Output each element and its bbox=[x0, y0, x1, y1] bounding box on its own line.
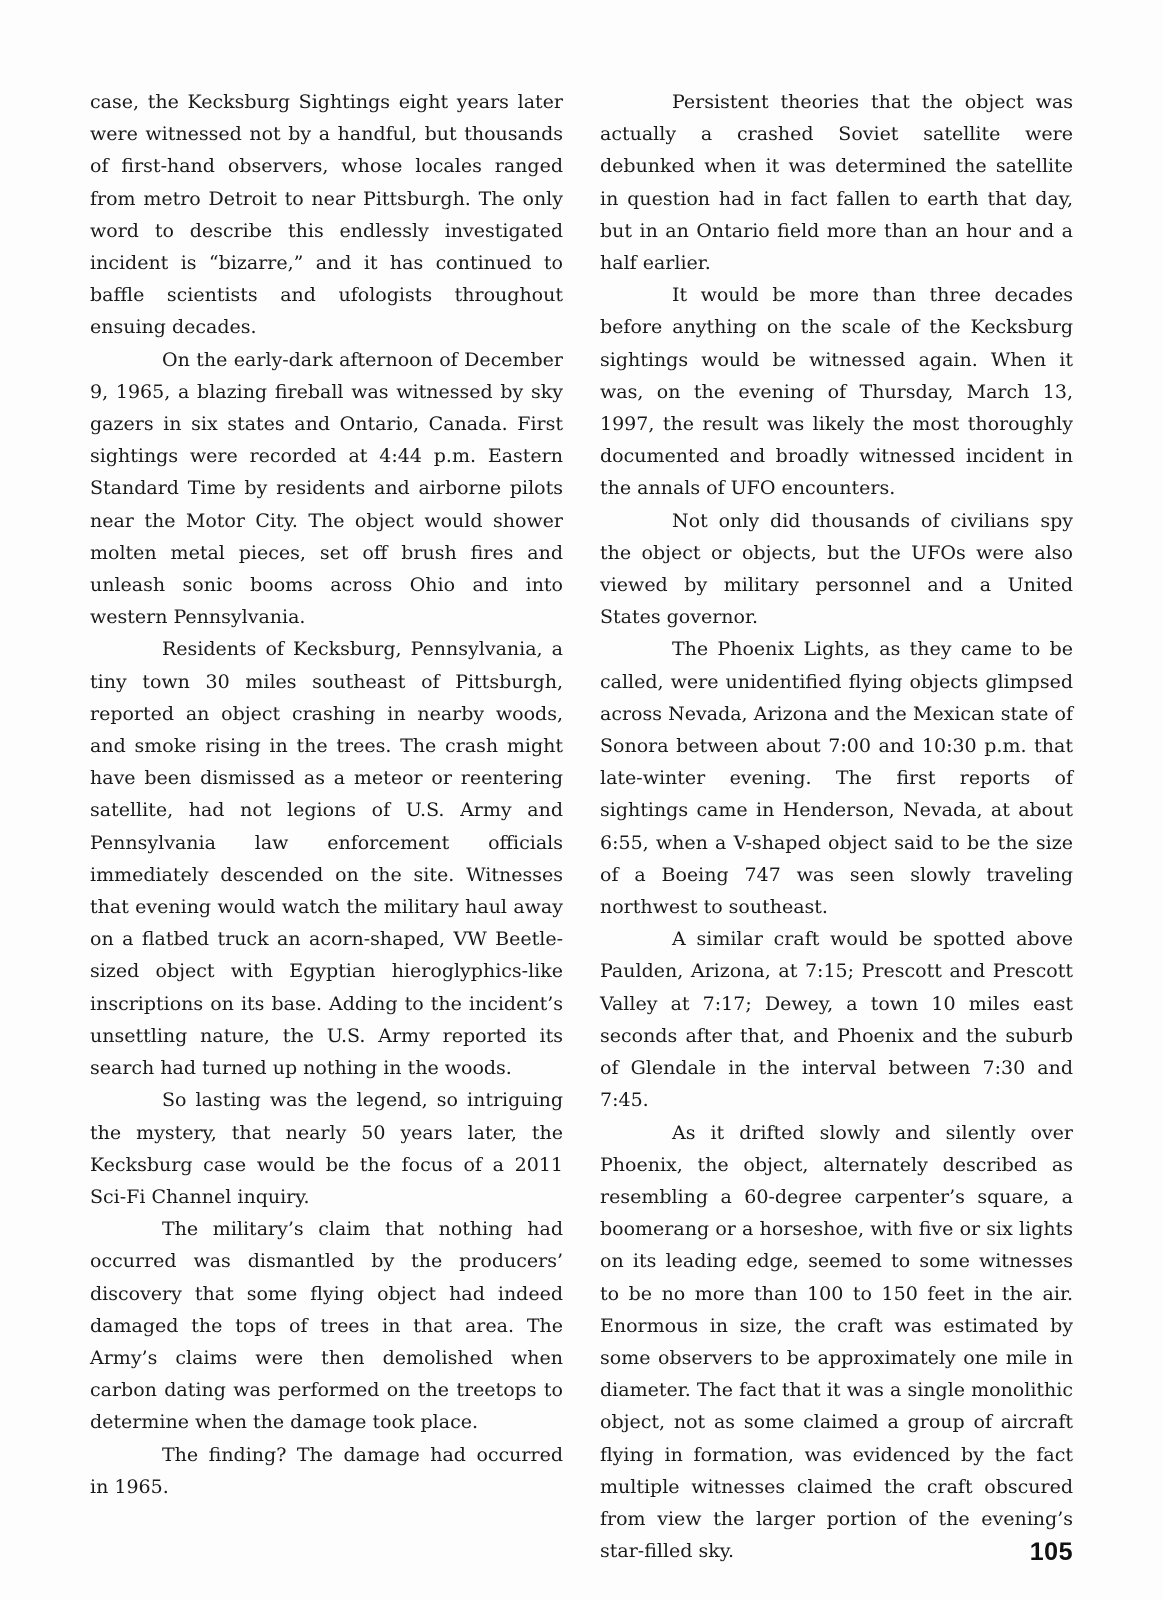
paragraph: The military’s claim that nothing had oc… bbox=[90, 1213, 563, 1438]
paragraph: Residents of Kecksburg, Pennsylvania, a … bbox=[90, 633, 563, 1084]
paragraph: The finding? The damage had occurred in … bbox=[90, 1439, 563, 1503]
text-columns: case, the Kecksburg Sightings eight year… bbox=[90, 86, 1073, 1567]
right-column: Persistent theories that the object was … bbox=[600, 86, 1073, 1567]
paragraph: Not only did thousands of civilians spy … bbox=[600, 505, 1073, 634]
paragraph: Persistent theories that the object was … bbox=[600, 86, 1073, 279]
page-number: 105 bbox=[1030, 1538, 1073, 1567]
paragraph: The Phoenix Lights, as they came to be c… bbox=[600, 633, 1073, 923]
paragraph: On the early-dark afternoon of December … bbox=[90, 344, 563, 634]
paragraph: So lasting was the legend, so intriguing… bbox=[90, 1084, 563, 1213]
paragraph: As it drifted slowly and silently over P… bbox=[600, 1117, 1073, 1568]
book-page: case, the Kecksburg Sightings eight year… bbox=[0, 0, 1163, 1600]
paragraph: case, the Kecksburg Sightings eight year… bbox=[90, 86, 563, 344]
paragraph: A similar craft would be spotted above P… bbox=[600, 923, 1073, 1116]
left-column: case, the Kecksburg Sightings eight year… bbox=[90, 86, 563, 1567]
paragraph: It would be more than three decades befo… bbox=[600, 279, 1073, 504]
